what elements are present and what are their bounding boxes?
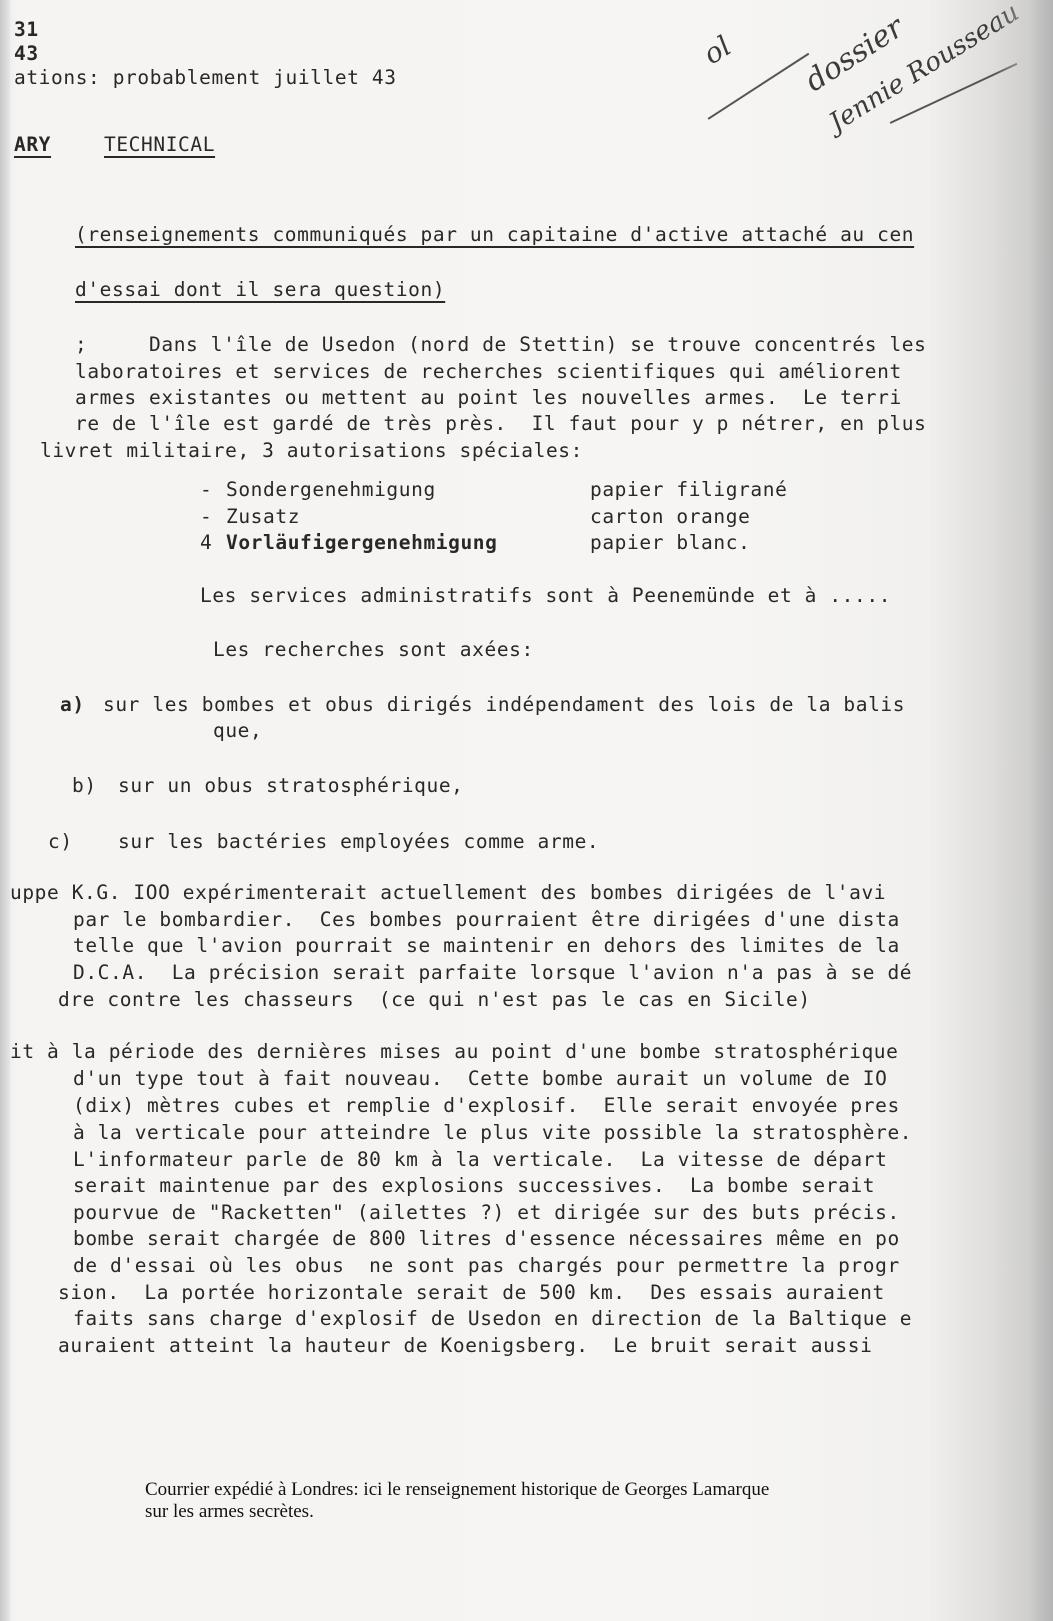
text-line: faits sans charge d'explosif de Usedon e… bbox=[73, 1309, 912, 1329]
text-line: d'un type tout à fait nouveau. Cette bom… bbox=[73, 1069, 887, 1089]
text-line: it à la période des dernières mises au p… bbox=[10, 1042, 898, 1062]
caption-line-1: Courrier expédié à Londres: ici le rense… bbox=[145, 1479, 985, 1501]
admin-services-line: Les services administratifs sont à Peene… bbox=[200, 586, 891, 606]
category-label-2: TECHNICAL bbox=[104, 135, 215, 155]
research-item-label: a) bbox=[60, 695, 85, 715]
authorization-name: Sondergenehmigung bbox=[226, 480, 436, 500]
research-item-text: sur un obus stratosphérique, bbox=[118, 776, 464, 796]
authorization-name: Vorläufigergenehmigung bbox=[226, 533, 497, 553]
scanned-page: 31 43 ations: probablement juillet 43 AR… bbox=[0, 0, 1053, 1621]
authorization-name: Zusatz bbox=[226, 507, 300, 527]
text-line: L'informateur parle de 80 km à la vertic… bbox=[73, 1150, 887, 1170]
text-line: D.C.A. La précision serait parfaite lors… bbox=[73, 963, 912, 983]
text-line: dre contre les chasseurs (ce qui n'est p… bbox=[58, 990, 811, 1010]
authorization-type: papier filigrané bbox=[590, 480, 787, 500]
reference-number-2: 43 bbox=[14, 44, 39, 64]
research-item-text: sur les bombes et obus dirigés indépenda… bbox=[103, 695, 905, 715]
category-label-1: ARY bbox=[14, 135, 51, 155]
handwritten-mark: ol bbox=[698, 29, 737, 71]
text-line: bombe serait chargée de 800 litres d'ess… bbox=[73, 1229, 900, 1249]
date-line: ations: probablement juillet 43 bbox=[14, 68, 397, 88]
figure-caption: Courrier expédié à Londres: ici le rense… bbox=[145, 1479, 985, 1523]
page-curve-shadow bbox=[993, 0, 1053, 1621]
research-item-label: b) bbox=[72, 776, 97, 796]
text-line: par le bombardier. Ces bombes pourraient… bbox=[73, 910, 900, 930]
text-line: à la verticale pour atteindre le plus vi… bbox=[73, 1123, 912, 1143]
research-item-text: sur les bactéries employées comme arme. bbox=[118, 832, 599, 852]
authorization-type: carton orange bbox=[590, 507, 750, 527]
research-item-label: c) bbox=[48, 832, 73, 852]
text-line: laboratoires et services de recherches s… bbox=[75, 362, 902, 382]
list-marker: - bbox=[200, 507, 212, 527]
text-line: de d'essai où les obus ne sont pas charg… bbox=[73, 1256, 900, 1276]
text-line: ; Dans l'île de Usedon (nord de Stettin)… bbox=[75, 335, 926, 355]
research-intro: Les recherches sont axées: bbox=[213, 640, 534, 660]
text-line: re de l'île est gardé de très près. Il f… bbox=[75, 414, 926, 434]
text-line: auraient atteint la hauteur de Koenigsbe… bbox=[58, 1336, 872, 1356]
authorization-type: papier blanc. bbox=[590, 533, 750, 553]
text-line: telle que l'avion pourrait se maintenir … bbox=[73, 936, 900, 956]
text-line: pourvue de "Racketten" (ailettes ?) et d… bbox=[73, 1203, 900, 1223]
text-line: uppe K.G. IOO expérimenterait actuelleme… bbox=[10, 883, 886, 903]
source-note-line-2: d'essai dont il sera question) bbox=[75, 280, 445, 300]
text-line: serait maintenue par des explosions succ… bbox=[73, 1176, 875, 1196]
text-line: armes existantes ou mettent au point les… bbox=[75, 388, 902, 408]
text-line: sion. La portée horizontale serait de 50… bbox=[58, 1283, 885, 1303]
research-item-continuation: que, bbox=[213, 721, 262, 741]
text-line: (dix) mètres cubes et remplie d'explosif… bbox=[73, 1096, 900, 1116]
caption-line-2: sur les armes secrètes. bbox=[145, 1501, 985, 1523]
book-binding-edge bbox=[0, 0, 10, 1621]
text-line: livret militaire, 3 autorisations spécia… bbox=[40, 441, 583, 461]
reference-number-1: 31 bbox=[14, 20, 39, 40]
source-note-line-1: (renseignements communiqués par un capit… bbox=[75, 225, 914, 245]
list-marker: 4 bbox=[200, 533, 212, 553]
list-marker: - bbox=[200, 480, 212, 500]
